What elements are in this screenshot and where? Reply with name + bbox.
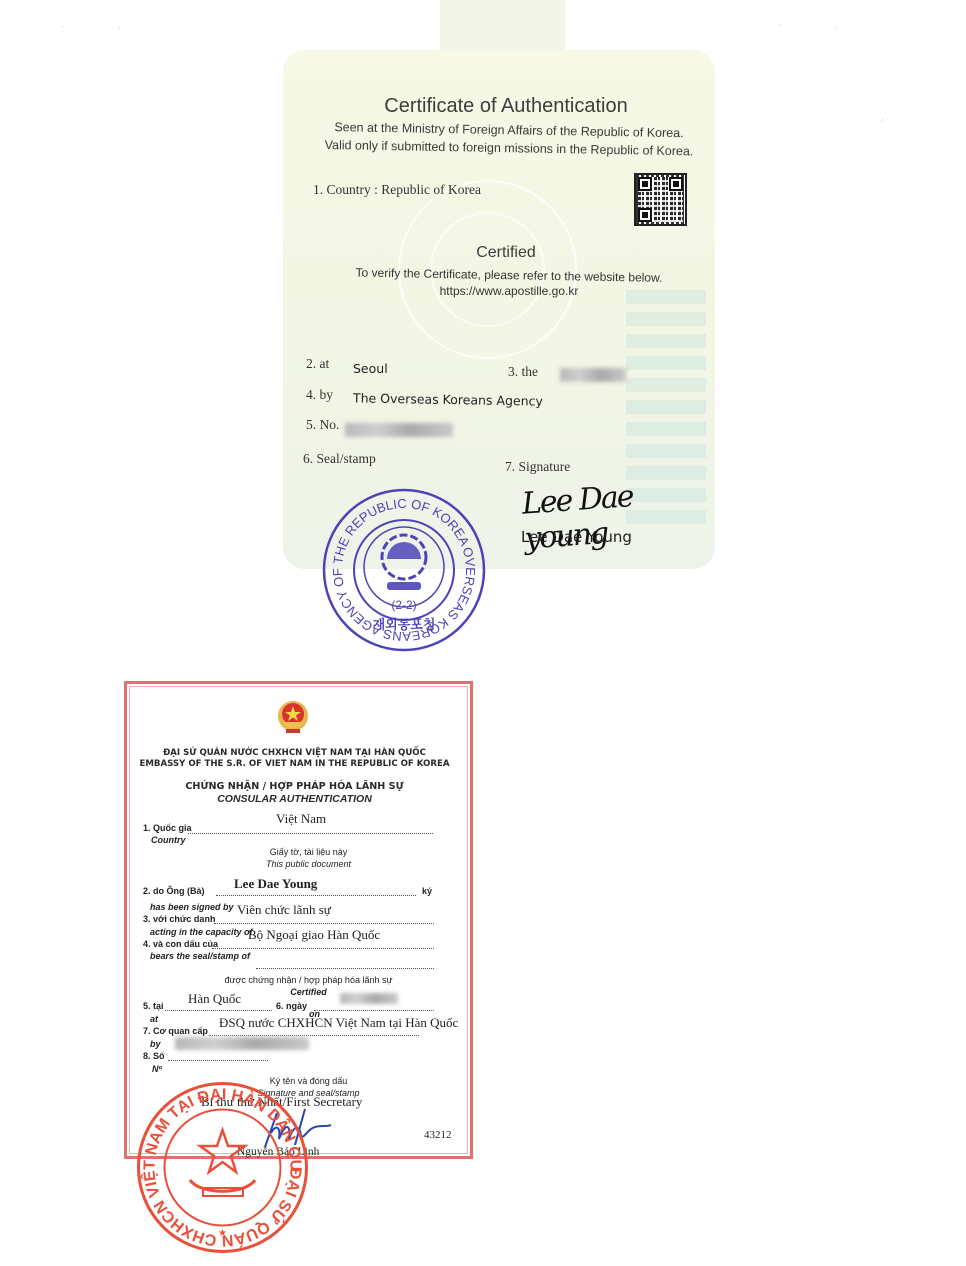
stamp-number: (2-2) [391,598,416,612]
by-value: The Overseas Koreans Agency [353,390,543,408]
at-value: Hàn Quốc [188,991,241,1007]
issuing-agency-value: ĐSQ nước CHXHCN Việt Nam tại Hàn Quốc [219,1015,458,1031]
scan-speck: · [118,24,121,33]
redacted-number [175,1037,309,1050]
dotted-line [214,923,434,924]
capacity-label: 3. với chức danh [143,914,215,924]
at-value: Seoul [353,361,388,376]
dotted-line [168,1060,268,1061]
dotted-line [216,895,416,896]
qr-code-icon[interactable] [634,173,687,226]
document-label-vi: Giấy tờ, tài liệu này [127,847,490,857]
stamp-korean-text: 재외동포청 [373,617,436,633]
on-label: 6. ngày [276,1001,307,1011]
country-value: Republic of Korea [381,182,481,197]
certified-label-en: Certified [127,987,490,997]
dotted-line [165,1010,272,1011]
verify-url-link[interactable]: https://www.apostille.go.kr [283,284,715,298]
scan-speck: ⸝ [880,113,884,124]
certified-heading: Certified [283,244,715,262]
embassy-header-vi: ĐẠI SỨ QUÁN NƯỚC CHXHCN VIỆT NAM TẠI HÀN… [113,748,476,758]
dotted-line [188,833,433,834]
country-label: 1. Country : [313,182,378,197]
redacted-date [560,368,626,382]
certified-label-vi: được chứng nhận / hợp pháp hóa lãnh sự [127,975,490,985]
number-label-en: Nº [152,1064,162,1074]
scan-speck: · [834,24,837,33]
capacity-value: Viên chức lãnh sự [237,902,331,918]
embassy-seal-stamp: ĐẠI SỨ QUÁN CHXHCN VIỆT NAM TẠI ĐẠI HÀN … [135,1080,310,1255]
country-label-en: Country [151,835,186,845]
the-label: 3. the [508,364,538,380]
signer-name: Lee Dae Young [521,528,632,546]
title-en: CONSULAR AUTHENTICATION [113,793,476,805]
redacted-number [345,423,453,437]
country-field: 1. Country : Republic of Korea [313,182,481,198]
seal-label-en: bears the seal/stamp of [150,951,250,961]
certificate-title: Certificate of Authentication [283,95,715,118]
by-label: 4. by [306,387,333,403]
issuing-agency-label: 7. Cơ quan cấp [143,1026,208,1036]
at-label: 2. at [306,356,329,372]
signed-by-label-en: has been signed by [150,902,234,912]
dotted-line [256,968,434,969]
dotted-line [212,948,434,949]
number-label: 8. Số [143,1051,165,1061]
dotted-line [314,1010,434,1011]
certificate-subtitle-2: Valid only if submitted to foreign missi… [283,137,715,159]
scan-speck: · [778,20,781,29]
svg-text:★: ★ [218,1228,227,1239]
issuing-agency-label-en: by [150,1039,161,1049]
signature-label: 7. Signature [505,459,570,475]
signed-by-label: 2. do Ông (Bà) [143,886,205,896]
seal-value: Bộ Ngoại giao Hàn Quốc [248,927,380,943]
at-label: 5. tại [143,1001,164,1011]
country-value: Việt Nam [276,811,326,827]
number-label: 5. No. [306,417,339,433]
signed-by-value: Lee Dae Young [234,876,317,892]
dotted-line [209,1035,419,1036]
redacted-date [340,993,398,1004]
at-label-en: at [150,1014,158,1024]
document-label-en: This public document [127,859,490,869]
capacity-label-en: acting in the capacity of [150,927,253,937]
seal-label: 4. và con dấu của [143,939,218,949]
signed-suffix: ký [422,886,432,896]
embassy-header-en: EMBASSY OF THE S.R. OF VIET NAM IN THE R… [113,759,476,769]
seal-label: 6. Seal/stamp [303,451,376,467]
national-emblem-icon [273,698,313,738]
scan-speck: · [62,22,65,31]
serial-number: 43212 [424,1129,452,1141]
agency-seal-stamp: OVERSEAS KOREANS AGENCY OF THE REPUBLIC … [321,487,487,653]
country-label: 1. Quốc gia [143,823,192,833]
title-vi: CHỨNG NHẬN / HỢP PHÁP HÓA LÃNH SỰ [113,781,476,792]
